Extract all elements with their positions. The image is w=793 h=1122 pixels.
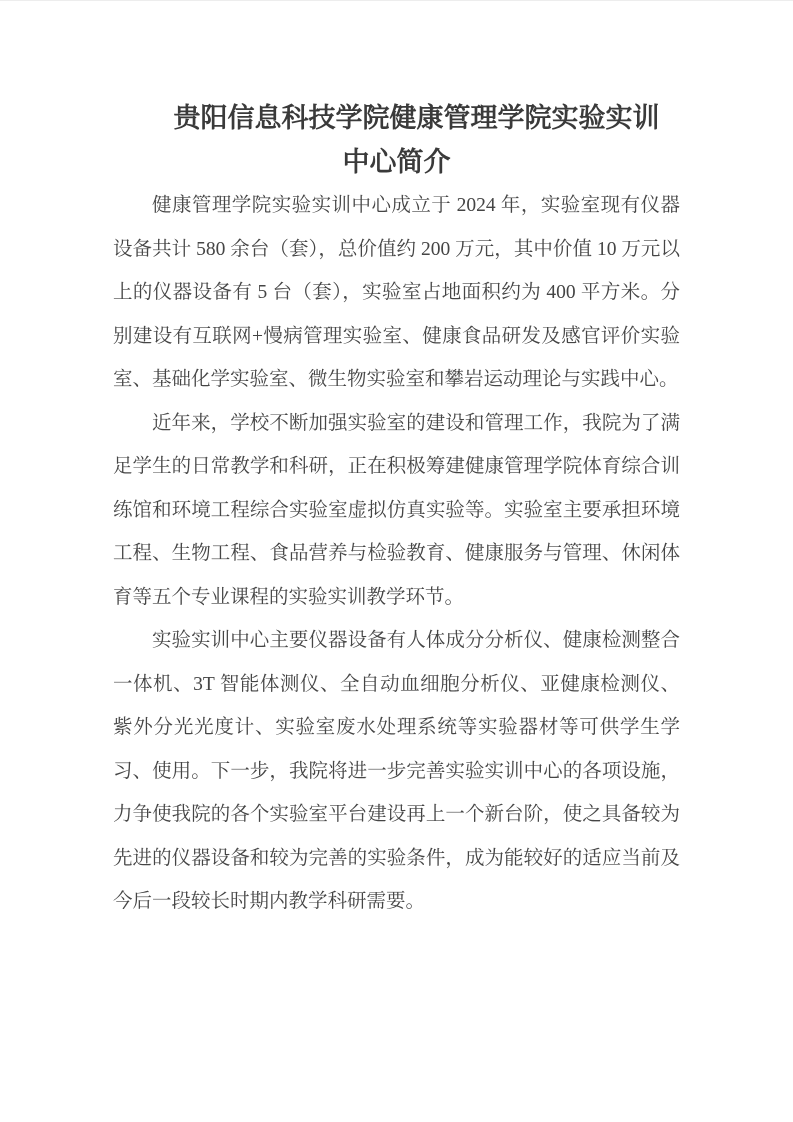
paragraph-overview: 健康管理学院实验实训中心成立于 2024 年，实验室现有仪器设备共计 580 余… [113, 184, 680, 402]
document-content: 贵阳信息科技学院健康管理学院实验实训 中心简介 健康管理学院实验实训中心成立于 … [0, 1, 793, 924]
paragraph-development: 近年来，学校不断加强实验室的建设和管理工作，我院为了满足学生的日常教学和科研，正… [113, 402, 680, 620]
document-title-line-2: 中心简介 [113, 141, 680, 185]
document-page: 贵阳信息科技学院健康管理学院实验实训 中心简介 健康管理学院实验实训中心成立于 … [0, 0, 793, 1122]
document-title: 贵阳信息科技学院健康管理学院实验实训 中心简介 [113, 97, 680, 184]
paragraph-equipment-and-future: 实验实训中心主要仪器设备有人体成分分析仪、健康检测整合一体机、3T 智能体测仪、… [113, 619, 680, 924]
document-title-line-1: 贵阳信息科技学院健康管理学院实验实训 [113, 97, 680, 141]
